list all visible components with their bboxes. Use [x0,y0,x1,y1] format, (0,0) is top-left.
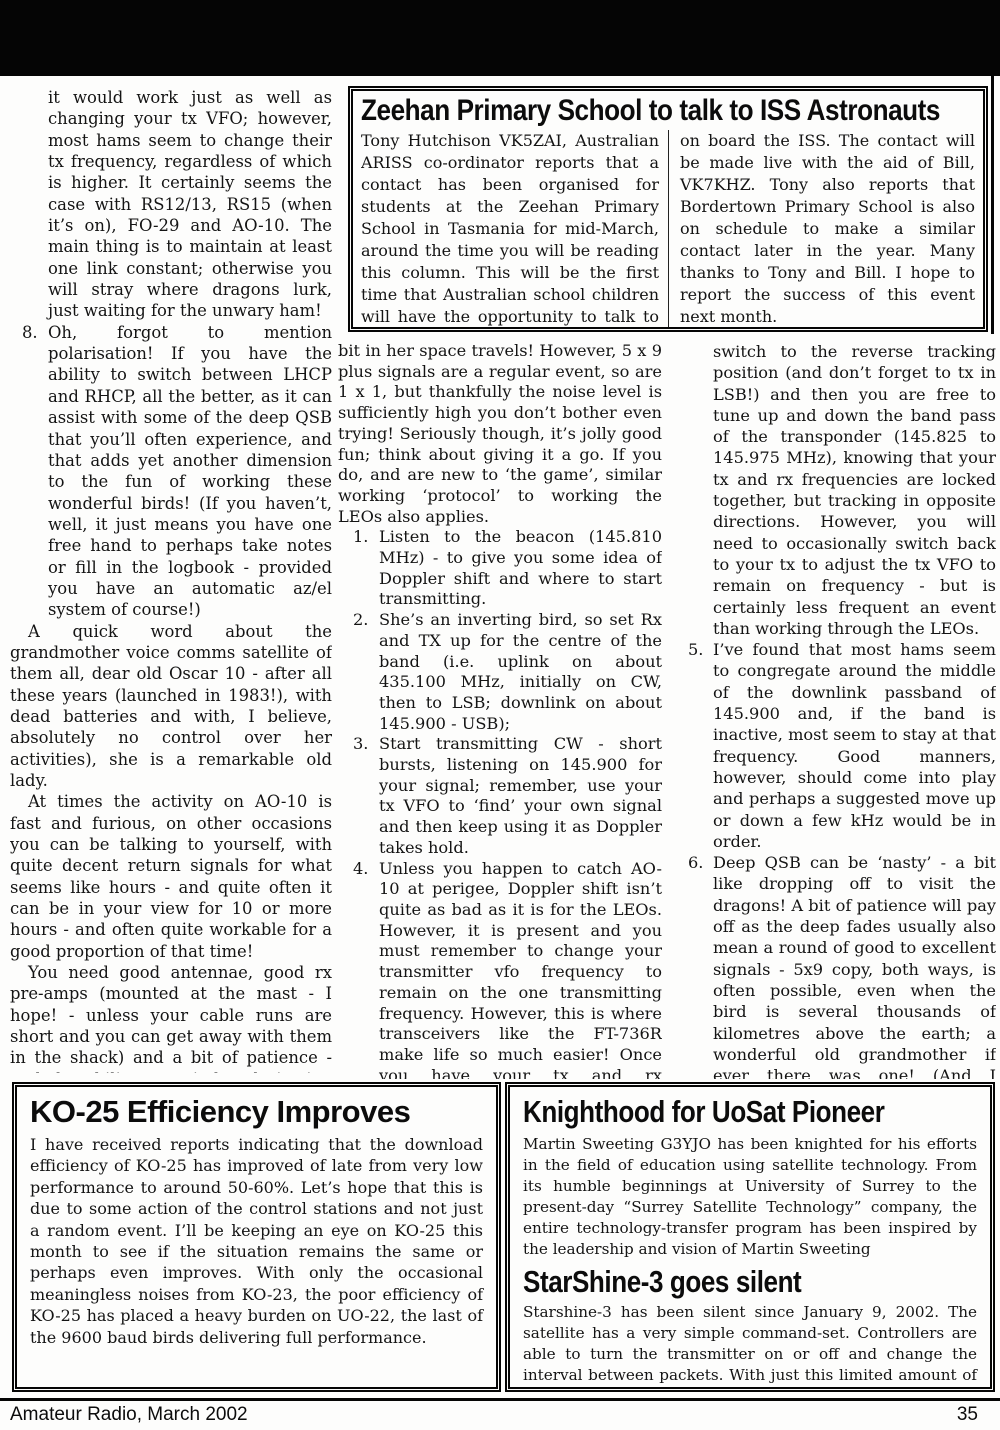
list-item-number: 2. [353,610,379,734]
ko25-article-box: KO-25 Efficiency Improves I have receive… [12,1082,501,1392]
uosat-article-box: Knighthood for UoSat Pioneer Martin Swee… [505,1082,995,1392]
middle-column: bit in her space travels! However, 5 x 9… [338,341,662,1079]
starshine-article-body: Starshine-3 has been silent since Januar… [523,1302,977,1392]
list-item-3: 3. Start transmitting CW - short bursts,… [338,734,662,858]
list-item-1: 1. Listen to the beacon (145.810 MHz) - … [338,527,662,610]
list-item-number: 4. [353,859,379,1079]
uosat-article-body: Martin Sweeting G3YJO has been knighted … [523,1134,977,1261]
paragraph-antennae: You need good antennae, good rx pre-amps… [10,962,332,1073]
list-item-number: 6. [688,852,713,1079]
zeehan-article-columns: Tony Hutchison VK5ZAI, Australian ARISS … [361,130,975,328]
list-item-text: Oh, forgot to mention polarisation! If y… [48,322,332,621]
zeehan-article-box: Zeehan Primary School to talk to ISS Ast… [348,86,988,332]
paragraph-grandmother: A quick word about the grandmother voice… [10,621,332,792]
ko25-article-body: I have received reports indicating that … [30,1134,483,1348]
scan-artifact-top-bar [0,0,1000,76]
list-item-text: Deep QSB can be ‘nasty’ - a bit like dro… [713,852,996,1079]
list-item-number: 1. [353,527,379,610]
list-item-number: 8. [22,322,48,621]
item4-continuation-text: switch to the reverse tracking position … [668,341,996,639]
zeehan-article-column-1: Tony Hutchison VK5ZAI, Australian ARISS … [361,130,668,328]
item7-continuation-text: it would work just as well as changing y… [10,87,332,322]
starshine-article-title-text: StarShine-3 goes silent [523,1263,801,1301]
list-item-number: 3. [353,734,379,858]
list-item-text: Unless you happen to catch AO-10 at peri… [379,859,662,1079]
intro-paragraph: bit in her space travels! However, 5 x 9… [338,341,662,527]
right-column: switch to the reverse tracking position … [668,341,996,1079]
list-item-5: 5. I’ve found that most hams seem to con… [668,639,996,852]
footer-rule [0,1398,1000,1401]
list-item-6: 6. Deep QSB can be ‘nasty’ - a bit like … [668,852,996,1079]
list-item-text: She’s an inverting bird, so set Rx and T… [379,610,662,734]
ko25-article-title: KO-25 Efficiency Improves [30,1093,483,1131]
uosat-article-title-text: Knighthood for UoSat Pioneer [523,1093,884,1131]
magazine-page: it would work just as well as changing y… [0,0,1000,1430]
list-item-4: 4. Unless you happen to catch AO-10 at p… [338,859,662,1079]
list-item-2: 2. She’s an inverting bird, so set Rx an… [338,610,662,734]
paragraph-activity: At times the activity on AO-10 is fast a… [10,791,332,962]
scan-artifact-edge-line [991,76,994,334]
list-item-number: 5. [688,639,713,852]
left-column: it would work just as well as changing y… [10,87,332,1073]
footer-journal-title: Amateur Radio, March 2002 [10,1404,248,1426]
list-item-8: 8. Oh, forgot to mention polarisation! I… [10,322,332,621]
zeehan-article-title: Zeehan Primary School to talk to ISS Ast… [361,92,975,130]
uosat-article-title: Knighthood for UoSat Pioneer [523,1093,977,1131]
starshine-article-title: StarShine-3 goes silent [523,1263,977,1301]
zeehan-article-title-text: Zeehan Primary School to talk to ISS Ast… [361,92,940,130]
footer-page-number: 35 [957,1404,978,1426]
list-item-text: Listen to the beacon (145.810 MHz) - to … [379,527,662,610]
list-item-text: Start transmitting CW - short bursts, li… [379,734,662,858]
list-item-text: I’ve found that most hams seem to congre… [713,639,996,852]
zeehan-article-column-2: on board the ISS. The contact will be ma… [668,130,975,328]
